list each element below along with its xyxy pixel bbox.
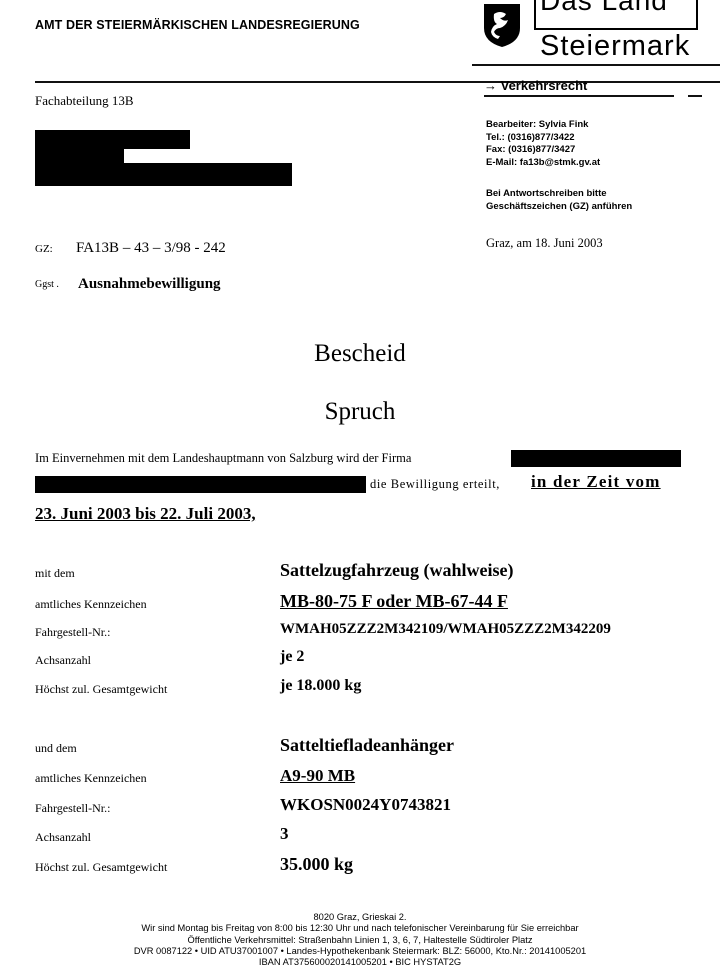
gz-label: GZ: [35,243,53,255]
row-value: je 2 [280,648,304,666]
paragraph-line-1: Im Einvernehmen mit dem Landeshauptmann … [35,451,411,466]
row-label: und dem [35,741,77,756]
section-heading: → Verkehrsrecht [484,78,587,93]
row-value: je 18.000 kg [280,677,361,695]
redacted-company-address [35,476,366,493]
fax: Fax: (0316)877/3427 [486,144,600,157]
reply-note: Bei Antwortschreiben bitte Geschäftszeic… [486,188,632,213]
row-value: MB-80-75 F oder MB-67-44 F [280,591,508,612]
row-label: Höchst zul. Gesamtgewicht [35,682,167,697]
redacted-address-line-2 [123,163,292,186]
row-label: Achsanzahl [35,830,91,845]
contact-block: Bearbeiter: Sylvia Fink Tel.: (0316)877/… [486,119,600,169]
row-label: Achsanzahl [35,653,91,668]
email: E-Mail: fa13b@stmk.gv.at [486,157,600,170]
row-label: Höchst zul. Gesamtgewicht [35,860,167,875]
row-value: WKOSN0024Y0743821 [280,795,451,815]
reply-note-line-2: Geschäftszeichen (GZ) anführen [486,201,632,214]
brand-line-2: Steiermark [540,30,690,62]
footer-transit: Öffentliche Verkehrsmittel: Straßenbahn … [0,935,720,946]
footer-iban: IBAN AT375600020141005201 • BIC HYSTAT2G [0,957,720,968]
row-value: 3 [280,824,289,844]
paragraph-line-2: die Bewilligung erteilt, [370,477,500,492]
department: Fachabteilung 13B [35,93,134,109]
handler: Bearbeiter: Sylvia Fink [486,119,600,132]
header-divider [35,81,720,83]
redacted-company-name [511,450,681,467]
row-label: amtliches Kennzeichen [35,597,147,612]
row-value: Satteltiefladeanhänger [280,735,454,756]
brand-line-1: Das Land [540,0,668,16]
redacted-address-block [35,130,124,186]
row-value: WMAH05ZZZ2M342109/WMAH05ZZZ2M342209 [280,621,611,638]
gz-value: FA13B – 43 – 3/98 - 242 [76,240,226,257]
row-value: 35.000 kg [280,854,353,875]
section-label: Verkehrsrecht [501,78,588,93]
paragraph-line-2-emphasis: in der Zeit vom [531,472,661,492]
validity-period: 23. Juni 2003 bis 22. Juli 2003, [35,504,256,524]
footer-bank: DVR 0087122 • UID ATU37001007 • Landes-H… [0,946,720,957]
document-title: Bescheid [0,340,720,368]
office-name: AMT DER STEIERMÄRKISCHEN LANDESREGIERUNG [35,18,360,32]
brand-divider [472,64,720,66]
document-subtitle: Spruch [0,398,720,426]
footer: 8020 Graz, Grieskai 2. Wir sind Montag b… [0,912,720,968]
row-label: Fahrgestell-Nr.: [35,801,110,816]
section-divider [484,95,674,97]
row-label: Fahrgestell-Nr.: [35,625,110,640]
row-label: amtliches Kennzeichen [35,771,147,786]
reply-note-line-1: Bei Antwortschreiben bitte [486,188,632,201]
phone: Tel.: (0316)877/3422 [486,132,600,145]
subject-value: Ausnahmebewilligung [78,276,221,293]
row-label: mit dem [35,566,75,581]
footer-address: 8020 Graz, Grieskai 2. [0,912,720,923]
footer-hours: Wir sind Montag bis Freitag von 8:00 bis… [0,923,720,934]
subject-label: Ggst . [35,279,59,290]
arrow-right-icon: → [484,78,497,93]
letter-date: Graz, am 18. Juni 2003 [486,236,603,251]
row-value: A9-90 MB [280,766,355,786]
section-divider-tail [688,95,702,97]
row-value: Sattelzugfahrzeug (wahlweise) [280,560,513,581]
styrian-panther-shield-icon [482,2,522,48]
